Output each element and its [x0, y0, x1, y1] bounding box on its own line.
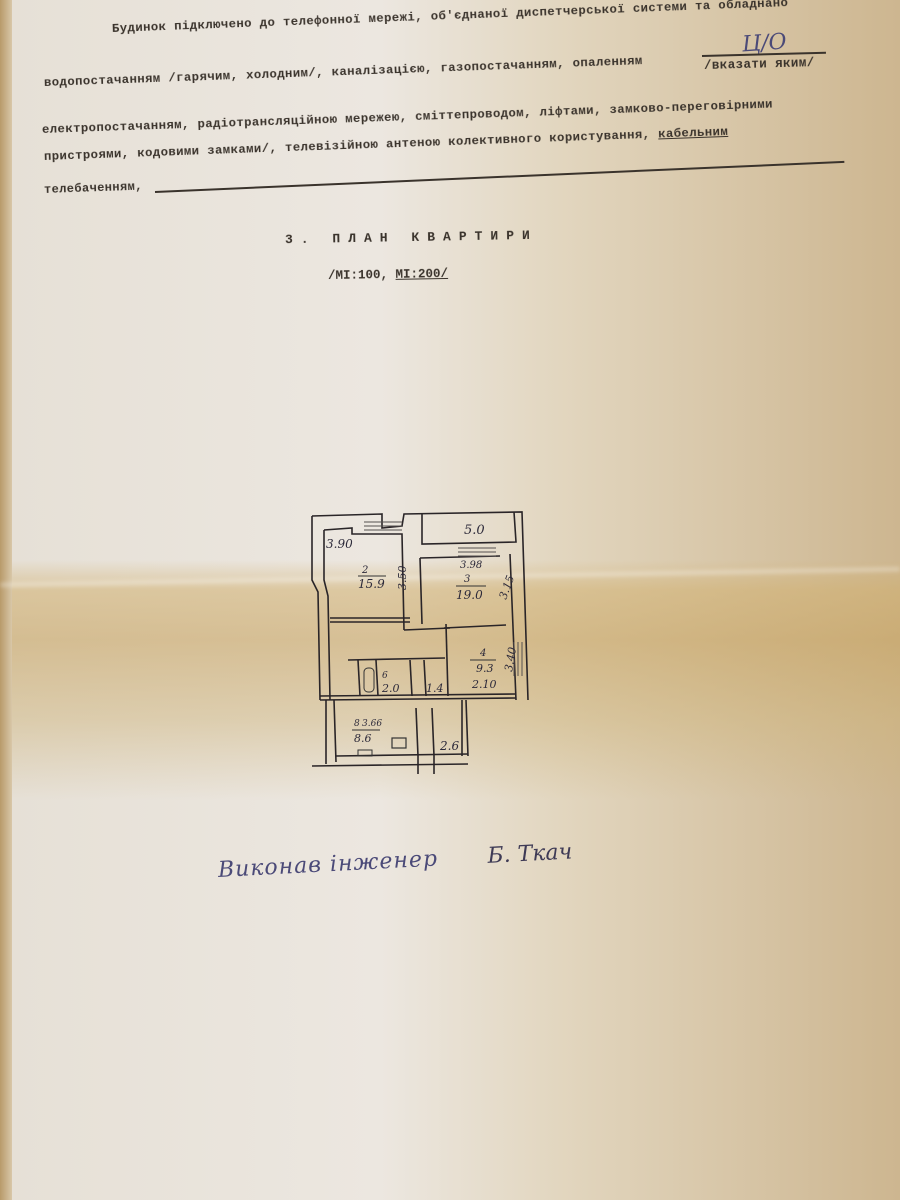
scale-line: /МІ:100, МІ:200/	[328, 267, 448, 283]
floor-plan: 3.90 2 15.9 3.50 5.0 3.98 3 19.0 3.15 4 …	[300, 500, 540, 780]
dim-3-40: 3.40	[502, 646, 519, 672]
dim-3-50: 3.50	[396, 566, 409, 591]
heating-hint: /вказати яким/	[704, 56, 815, 73]
room-6-area: 2.0	[381, 682, 400, 695]
dim-3-90: 3.90	[326, 537, 353, 551]
room-4-number: 4	[479, 648, 486, 659]
dim-3-98: 3.98	[460, 560, 482, 571]
room-8-area: 8.6	[354, 732, 372, 745]
room-2-area: 15.9	[358, 577, 385, 591]
scale-option-100: /МІ:100,	[328, 268, 388, 283]
page-edge	[0, 0, 12, 1200]
room-6-number: 6	[382, 671, 388, 681]
dim-3-66: 3.66	[362, 719, 382, 729]
room-4-area: 9.3	[476, 662, 494, 675]
room-8-number: 8	[354, 719, 360, 729]
scale-option-200: МІ:200/	[395, 267, 448, 282]
floor-plan-drawing: 3.90 2 15.9 3.50 5.0 3.98 3 19.0 3.15 4 …	[300, 500, 540, 780]
dim-1-4: 1.4	[426, 682, 444, 695]
room-3-area: 19.0	[456, 588, 483, 602]
room-2-number: 2	[361, 565, 368, 576]
dim-3-15: 3.15	[497, 574, 518, 601]
cable-tv-underlined: кабельним	[658, 125, 728, 142]
room-3-number: 3	[464, 574, 470, 585]
signature-name: Б. Ткач	[487, 839, 573, 868]
dim-2-6: 2.6	[439, 739, 459, 753]
balcony-area: 5.0	[464, 523, 485, 538]
dim-2-10: 2.10	[471, 678, 497, 691]
